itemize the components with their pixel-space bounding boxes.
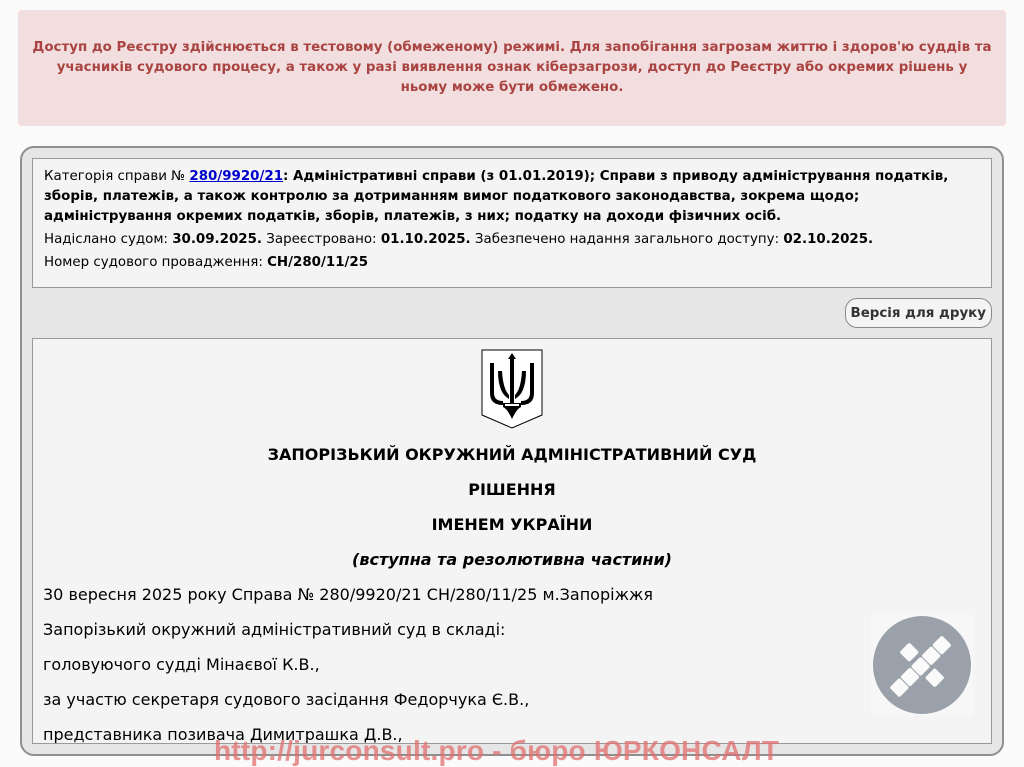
document-line: за участю секретаря судового засідання Ф… xyxy=(43,690,529,709)
court-name: ЗАПОРІЗЬКИЙ ОКРУЖНИЙ АДМІНІСТРАТИВНИЙ СУ… xyxy=(33,445,991,464)
public-access-date: 02.10.2025. xyxy=(783,232,873,247)
watermark-text: http://jurconsult.pro - бюро ЮРКОНСАЛТ xyxy=(214,734,779,767)
document-type: РІШЕННЯ xyxy=(33,480,991,499)
in-the-name-of-ukraine: ІМЕНЕМ УКРАЇНИ xyxy=(33,515,991,534)
document-subtitle: (вступна та резолютивна частини) xyxy=(33,550,991,569)
case-dates: Надіслано судом: 30.09.2025. Зареєстрова… xyxy=(44,230,980,250)
document-line: Запорізький окружний адміністративний су… xyxy=(43,620,505,639)
registered-date: 01.10.2025. xyxy=(381,232,471,247)
document-line: головуючого судді Мінаєвої К.В., xyxy=(43,655,320,674)
ukraine-coat-of-arms-icon xyxy=(481,349,543,429)
case-number-link[interactable]: 280/9920/21 xyxy=(189,169,283,184)
registered-label: Зареєстровано: xyxy=(262,232,381,247)
public-access-label: Забезпечено надання загального доступу: xyxy=(471,232,784,247)
case-category: Категорія справи № 280/9920/21: Адмініст… xyxy=(44,167,980,227)
proceeding-number-line: Номер судового провадження: СН/280/11/25 xyxy=(44,253,980,273)
print-version-button[interactable]: Версія для друку xyxy=(845,298,993,328)
sent-date: 30.09.2025. xyxy=(172,232,262,247)
proceeding-label: Номер судового провадження: xyxy=(44,255,267,270)
category-label: Категорія справи № xyxy=(44,169,189,184)
proceeding-number: СН/280/11/25 xyxy=(267,255,368,270)
sent-label: Надіслано судом: xyxy=(44,232,172,247)
access-warning-text: Доступ до Реєстру здійснюється в тестово… xyxy=(32,38,992,98)
decision-frame: Категорія справи № 280/9920/21: Адмініст… xyxy=(20,146,1004,756)
decision-document: ЗАПОРІЗЬКИЙ ОКРУЖНИЙ АДМІНІСТРАТИВНИЙ СУ… xyxy=(32,338,992,744)
access-warning-banner: Доступ до Реєстру здійснюється в тестово… xyxy=(18,10,1006,126)
case-info-box: Категорія справи № 280/9920/21: Адмініст… xyxy=(32,158,992,288)
document-line: 30 вересня 2025 року Справа № 280/9920/2… xyxy=(43,585,653,604)
puzzle-logo-icon xyxy=(871,614,973,716)
